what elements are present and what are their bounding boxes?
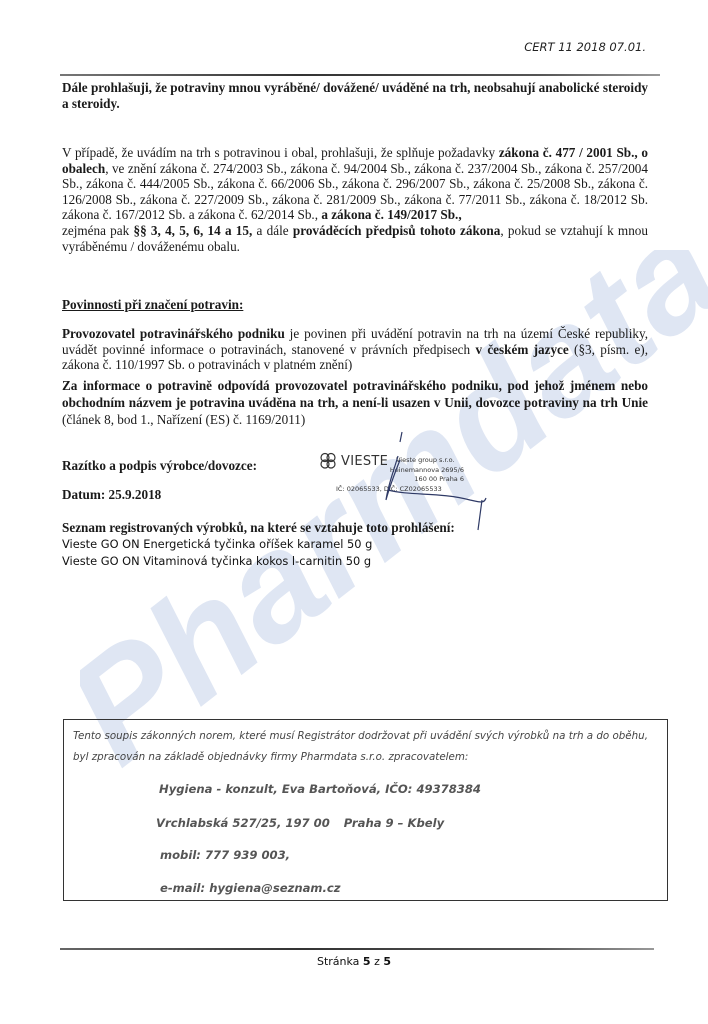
packaging-regulations: prováděcích předpisů tohoto zákona <box>293 223 500 238</box>
clover-logo-icon <box>318 452 338 470</box>
bottom-divider <box>60 948 654 950</box>
processor-mobile: mobil: 777 939 003, <box>160 848 290 862</box>
processor-street: Vrchlabská 527/25, 197 00 <box>156 816 330 830</box>
date-label: Datum: 25.9.2018 <box>62 487 161 503</box>
processor-city: Praha 9 – Kbely <box>344 816 444 830</box>
product-item: Vieste GO ON Vitaminová tyčinka kokos l-… <box>62 554 371 568</box>
top-divider <box>60 74 660 76</box>
company-stamp: VIESTE Vieste group s.r.o. Heinemannova … <box>318 452 478 502</box>
product-item: Vieste GO ON Energetická tyčinka oříšek … <box>62 537 372 551</box>
of-word: z <box>374 955 380 968</box>
packaging-sections: §§ 3, 4, 5, 6, 14 a 15, <box>133 223 252 238</box>
packaging-declaration: V případě, že uvádím na trh s potravinou… <box>62 145 648 254</box>
packaging-mid: a dále <box>252 223 293 238</box>
stamp-logo-text: VIESTE <box>341 454 388 469</box>
operator-bold: Provozovatel potravinářského podniku <box>62 326 285 341</box>
packaging-law-last: a zákona č. 149/2017 Sb., <box>321 207 461 222</box>
steroid-declaration: Dále prohlašuji, že potraviny mnou vyráb… <box>62 80 648 111</box>
stamp-street: Heinemannova 2695/6 <box>390 466 464 474</box>
stamp-label: Razítko a podpis výrobce/dovozce: <box>62 458 257 474</box>
total-pages: 5 <box>383 955 391 968</box>
stamp-ids: IČ: 02065533, DIČ: CZ02065533 <box>336 485 442 493</box>
language-bold: v českém jazyce <box>475 342 568 357</box>
labeling-responsibility: Za informace o potravině odpovídá provoz… <box>62 377 648 428</box>
labeling-heading: Povinnosti při značení potravin: <box>62 297 243 313</box>
labeling-obligation: Provozovatel potravinářského podniku je … <box>62 326 648 373</box>
stamp-city: 160 00 Praha 6 <box>414 475 464 483</box>
page-footer: Stránka 5 z 5 <box>0 955 708 968</box>
responsibility-bold: Za informace o potravině odpovídá provoz… <box>62 378 648 410</box>
responsibility-ref: (článek 8, bod 1., Nařízení (ES) č. 1169… <box>62 412 305 427</box>
processor-info-box: Tento soupis zákonných norem, které musí… <box>63 719 668 901</box>
stamp-logo: VIESTE <box>318 452 388 470</box>
processor-intro: Tento soupis zákonných norem, které musí… <box>73 726 658 768</box>
packaging-intro: V případě, že uvádím na trh s potravinou… <box>62 145 499 160</box>
stamp-company: Vieste group s.r.o. <box>396 456 455 464</box>
products-heading: Seznam registrovaných výrobků, na které … <box>62 520 455 536</box>
page-word: Stránka <box>317 955 359 968</box>
current-page: 5 <box>363 955 371 968</box>
cert-code: CERT 11 2018 07.01. <box>524 40 646 54</box>
processor-name: Hygiena - konzult, Eva Bartoňová, IČO: 4… <box>159 782 481 796</box>
processor-address: Vrchlabská 527/25, 197 00Praha 9 – Kbely <box>156 816 444 830</box>
processor-email: e-mail: hygiena@seznam.cz <box>160 881 341 895</box>
packaging-esp-prefix: zejména pak <box>62 223 133 238</box>
